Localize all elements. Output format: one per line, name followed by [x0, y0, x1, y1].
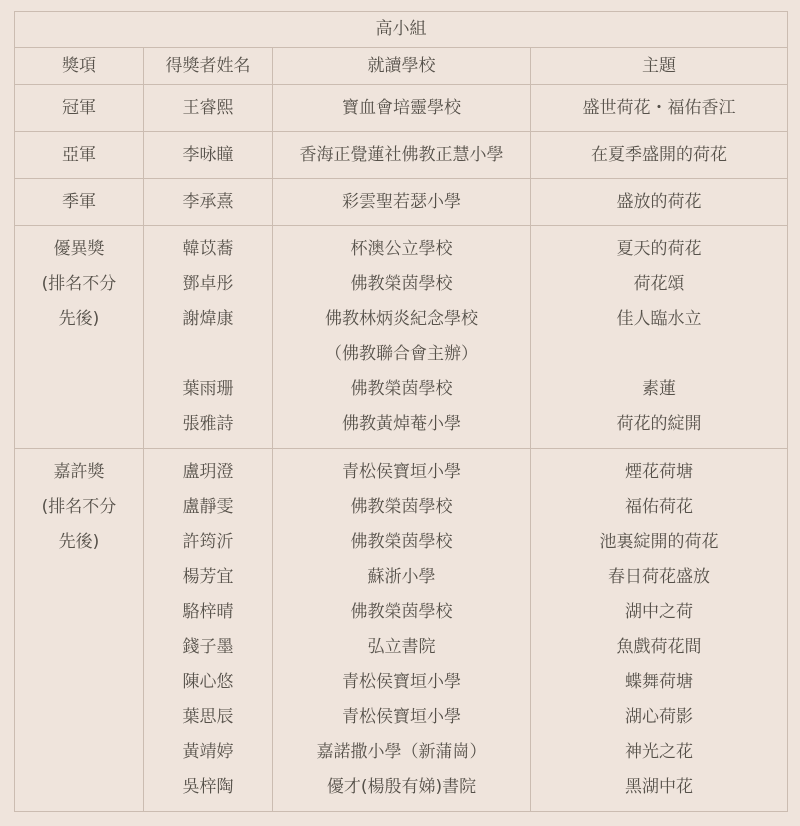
school-name: 佛教榮茵學校 [277, 595, 526, 630]
results-table: 高小組 獎項 得獎者姓名 就讀學校 主題 冠軍 王睿熙 寶血會培靈學校 盛世荷花… [14, 11, 788, 812]
winner-name: 謝煒康 [148, 302, 268, 337]
table-row-first-runner-up: 亞軍 李咏瞳 香海正覺蓮社佛教正慧小學 在夏季盛開的荷花 [15, 132, 788, 179]
theme-list: 煙花荷塘 福佑荷花 池裏綻開的荷花 春日荷花盛放 湖中之荷 魚戲荷花間 蝶舞荷塘… [531, 449, 788, 812]
school-name: 青松侯寶垣小學 [277, 455, 526, 490]
award-cell: 嘉許獎 (排名不分 先後) [15, 449, 144, 812]
school-name: 佛教榮茵學校 [277, 267, 526, 302]
school-name: 佛教林炳炎紀念學校 [277, 302, 526, 337]
theme-name: 夏天的荷花 [535, 232, 783, 267]
award-cell: 季軍 [15, 179, 144, 226]
theme-name: 荷花頌 [535, 267, 783, 302]
theme-name: 魚戲荷花間 [535, 630, 783, 665]
winner-name: 鄧卓彤 [148, 267, 268, 302]
winner-name: 張雅詩 [148, 407, 268, 442]
theme-name: 池裏綻開的荷花 [535, 525, 783, 560]
school-name: 優才(楊殷有娣)書院 [277, 770, 526, 805]
winner-name: 王睿熙 [144, 85, 273, 132]
school-name: 青松侯寶垣小學 [277, 665, 526, 700]
table-title: 高小組 [15, 12, 788, 48]
award-line: 先後) [19, 302, 139, 337]
theme-name: 春日荷花盛放 [535, 560, 783, 595]
award-line: 優異獎 [19, 232, 139, 267]
award-line: 嘉許獎 [19, 455, 139, 490]
award-cell: 亞軍 [15, 132, 144, 179]
school-name: 青松侯寶垣小學 [277, 700, 526, 735]
table-row-commendation: 嘉許獎 (排名不分 先後) 盧玥澄 盧靜雯 許筠沂 楊芳宜 駱梓晴 錢子墨 陳心… [15, 449, 788, 812]
table-row-champion: 冠軍 王睿熙 寶血會培靈學校 盛世荷花・福佑香江 [15, 85, 788, 132]
winner-name: 錢子墨 [148, 630, 268, 665]
school-name: 嘉諾撒小學（新蒲崗） [277, 735, 526, 770]
winner-name: 吳梓陶 [148, 770, 268, 805]
theme-name: 素蓮 [535, 372, 783, 407]
school-name: 弘立書院 [277, 630, 526, 665]
theme-name: 佳人臨水立 [535, 302, 783, 337]
school-name: 佛教榮茵學校 [277, 525, 526, 560]
winner-name: 黃靖婷 [148, 735, 268, 770]
school-name: 蘇浙小學 [277, 560, 526, 595]
table-header-row: 獎項 得獎者姓名 就讀學校 主題 [15, 48, 788, 85]
winner-name: 韓苡蕎 [148, 232, 268, 267]
header-school: 就讀學校 [273, 48, 531, 85]
theme-list: 夏天的荷花 荷花頌 佳人臨水立 素蓮 荷花的綻開 [531, 226, 788, 449]
table-row-merit: 優異獎 (排名不分 先後) 韓苡蕎 鄧卓彤 謝煒康 葉雨珊 張雅詩 杯澳公立學校… [15, 226, 788, 449]
winner-name: 駱梓晴 [148, 595, 268, 630]
school-cell: 寶血會培靈學校 [273, 85, 531, 132]
school-cell: 香海正覺蓮社佛教正慧小學 [273, 132, 531, 179]
theme-name: 福佑荷花 [535, 490, 783, 525]
winner-name: 許筠沂 [148, 525, 268, 560]
school-list: 青松侯寶垣小學 佛教榮茵學校 佛教榮茵學校 蘇浙小學 佛教榮茵學校 弘立書院 青… [273, 449, 531, 812]
table-title-row: 高小組 [15, 12, 788, 48]
school-name: 佛教榮茵學校 [277, 490, 526, 525]
header-theme: 主題 [531, 48, 788, 85]
theme-name: 荷花的綻開 [535, 407, 783, 442]
school-name: 佛教榮茵學校 [277, 372, 526, 407]
school-name: 佛教黃焯菴小學 [277, 407, 526, 442]
school-list: 杯澳公立學校 佛教榮茵學校 佛教林炳炎紀念學校 （佛教聯合會主辦） 佛教榮茵學校… [273, 226, 531, 449]
winner-name: 陳心悠 [148, 665, 268, 700]
winner-name: 李咏瞳 [144, 132, 273, 179]
theme-name: 蝶舞荷塘 [535, 665, 783, 700]
award-line: (排名不分 [19, 490, 139, 525]
winner-name: 葉思辰 [148, 700, 268, 735]
award-cell: 冠軍 [15, 85, 144, 132]
winner-name: 盧玥澄 [148, 455, 268, 490]
school-name: （佛教聯合會主辦） [277, 337, 526, 372]
theme-cell: 在夏季盛開的荷花 [531, 132, 788, 179]
school-name: 杯澳公立學校 [277, 232, 526, 267]
award-cell: 優異獎 (排名不分 先後) [15, 226, 144, 449]
theme-name: 湖中之荷 [535, 595, 783, 630]
theme-cell: 盛放的荷花 [531, 179, 788, 226]
theme-name: 煙花荷塘 [535, 455, 783, 490]
winner-name [148, 337, 268, 372]
theme-cell: 盛世荷花・福佑香江 [531, 85, 788, 132]
theme-name: 黑湖中花 [535, 770, 783, 805]
school-cell: 彩雲聖若瑟小學 [273, 179, 531, 226]
table-row-second-runner-up: 季軍 李承熹 彩雲聖若瑟小學 盛放的荷花 [15, 179, 788, 226]
header-name: 得獎者姓名 [144, 48, 273, 85]
winner-name: 葉雨珊 [148, 372, 268, 407]
theme-name [535, 337, 783, 372]
winner-name: 盧靜雯 [148, 490, 268, 525]
winner-names: 盧玥澄 盧靜雯 許筠沂 楊芳宜 駱梓晴 錢子墨 陳心悠 葉思辰 黃靖婷 吳梓陶 [144, 449, 273, 812]
award-line: (排名不分 [19, 267, 139, 302]
winner-names: 韓苡蕎 鄧卓彤 謝煒康 葉雨珊 張雅詩 [144, 226, 273, 449]
theme-name: 神光之花 [535, 735, 783, 770]
winner-name: 楊芳宜 [148, 560, 268, 595]
header-award: 獎項 [15, 48, 144, 85]
theme-name: 湖心荷影 [535, 700, 783, 735]
winner-name: 李承熹 [144, 179, 273, 226]
award-line: 先後) [19, 525, 139, 560]
